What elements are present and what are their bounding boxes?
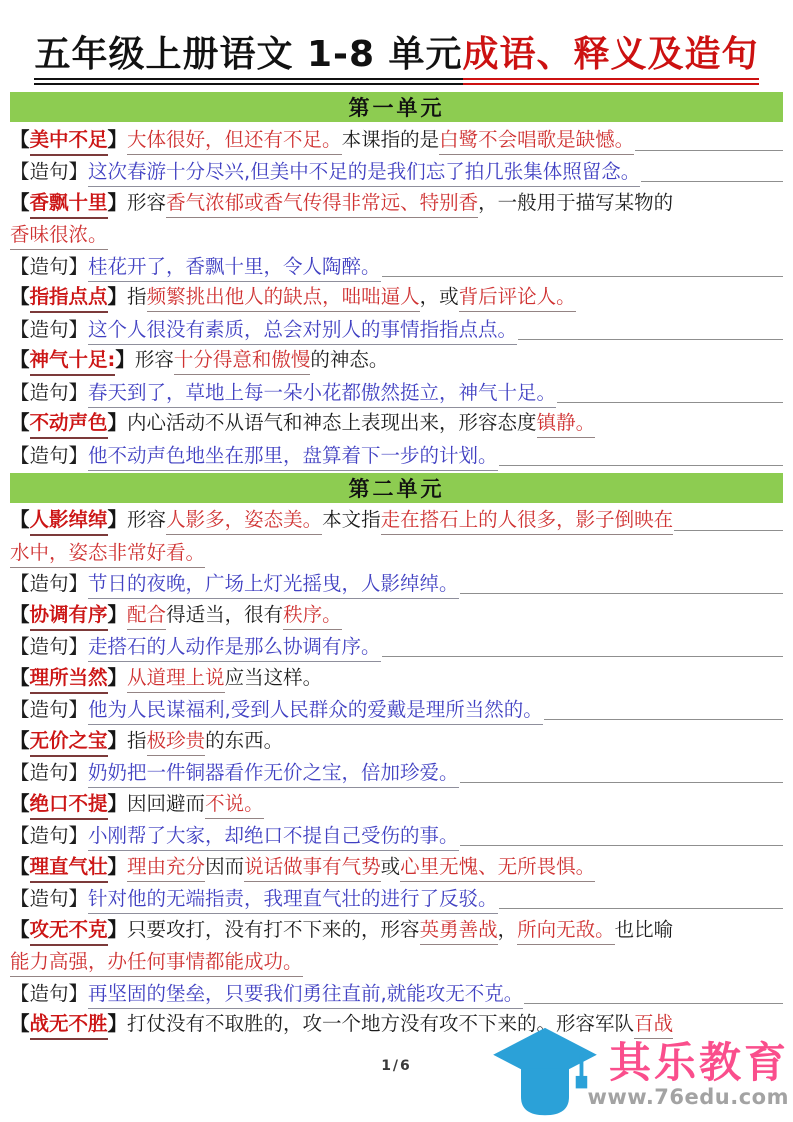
writing-rule-line	[518, 339, 783, 340]
text-segment: 【	[10, 283, 30, 311]
page-title-red-part: 成语、释义及造句	[463, 34, 759, 85]
text-segment: 秩序。	[283, 601, 342, 630]
line-text: 【造句】春天到了，草地上每一朵小花都傲然挺立，神气十足。	[10, 379, 556, 408]
line-text: 【不动声色】内心活动不从语气和神态上表现出来，形容态度镇静。	[10, 409, 595, 439]
text-segment: 的神态。	[310, 346, 388, 374]
text-segment: 办任何事情都能成功。	[108, 948, 303, 977]
text-segment: ，一般用于描写某物的	[478, 189, 673, 217]
text-segment: 走搭石的人动作是那么协调有序。	[88, 633, 381, 662]
text-segment: ，或	[420, 283, 459, 311]
text-segment: 】	[108, 409, 128, 437]
text-segment: 【造句】	[10, 633, 88, 661]
text-segment: 【造句】	[10, 885, 88, 913]
brand-text-block: 其乐教育 www.76edu.com	[587, 1041, 789, 1110]
line-text: 【造句】小刚帮了大家，却绝口不提自己受伤的事。	[10, 822, 459, 851]
text-segment: 配合	[127, 601, 166, 630]
idiom-entry-line: 【攻无不克】只要攻打，没有打不下来的，形容英勇善战，所向无敌。也比喻	[10, 914, 783, 946]
line-text: 【人影绰绰】形容人影多，姿态美。本文指走在搭石上的人很多，影子倒映在	[10, 506, 673, 536]
brand-url: www.76edu.com	[587, 1085, 789, 1110]
line-text: 【无价之宝】指极珍贵的东西。	[10, 727, 283, 757]
text-segment: 】	[108, 506, 128, 534]
text-segment: 】	[108, 189, 128, 217]
text-segment: 】	[108, 126, 128, 154]
text-segment: 能力高强，	[10, 948, 108, 977]
text-segment: 香味很浓。	[10, 221, 108, 250]
text-segment: 所向无敌。	[517, 916, 615, 945]
writing-rule-line	[460, 845, 783, 846]
text-segment: 【造句】	[10, 316, 88, 344]
text-segment: 理直气壮	[30, 853, 108, 883]
idiom-entry-line: 【香飘十里】形容香气浓郁或香气传得非常远、特别香，一般用于描写某物的	[10, 187, 783, 219]
text-segment: 【造句】	[10, 696, 88, 724]
sentence-example-line: 【造句】这次春游十分尽兴,但美中不足的是我们忘了拍几张集体照留念。	[10, 156, 783, 188]
text-segment: 战无不胜	[30, 1010, 108, 1040]
text-segment: 【造句】	[10, 759, 88, 787]
unit-banner: 第一单元	[10, 92, 783, 122]
brand-name: 其乐教育	[609, 1041, 789, 1085]
writing-rule-line	[557, 402, 783, 403]
idiom-entry-line: 能力高强，办任何事情都能成功。	[10, 946, 783, 978]
text-segment: 】	[108, 916, 128, 944]
writing-rule-line	[674, 530, 783, 531]
line-text: 【造句】走搭石的人动作是那么协调有序。	[10, 633, 381, 662]
brand-logo: 其乐教育 www.76edu.com	[489, 1026, 789, 1122]
text-segment: 】	[108, 664, 128, 692]
line-text: 【理直气壮】理由充分因而说话做事有气势或心里无愧、无所畏惧。	[10, 853, 595, 883]
idiom-entry-line: 【指指点点】指频繁挑出他人的缺点，咄咄逼人，或背后评论人。	[10, 282, 783, 314]
text-segment: 从道理上说	[127, 664, 225, 693]
idiom-entry-line: 香味很浓。	[10, 219, 783, 251]
text-segment: ，	[498, 916, 518, 944]
text-segment: 【	[10, 409, 30, 437]
text-segment: 香气浓郁或香气传得非常远、特别香	[166, 189, 478, 218]
writing-rule-line	[544, 719, 783, 720]
text-segment: 【	[10, 189, 30, 217]
sentence-example-line: 【造句】奶奶把一件铜器看作无价之宝，倍加珍爱。	[10, 757, 783, 789]
idiom-entry-line: 【人影绰绰】形容人影多，姿态美。本文指走在搭石上的人很多，影子倒映在	[10, 505, 783, 537]
text-segment: 极珍贵	[147, 727, 206, 756]
text-segment: 春天到了，草地上每一朵小花都傲然挺立，神气十足。	[88, 379, 556, 408]
text-segment: 【	[10, 126, 30, 154]
text-segment: 神气十足:	[30, 346, 116, 376]
idiom-entry-line: 【无价之宝】指极珍贵的东西。	[10, 725, 783, 757]
sentence-example-line: 【造句】再坚固的堡垒，只要我们勇往直前,就能攻无不克。	[10, 977, 783, 1009]
text-segment: 得适当，很有	[166, 601, 283, 629]
text-segment: 】	[108, 727, 128, 755]
sentence-example-line: 【造句】这个人很没有素质，总会对别人的事情指指点点。	[10, 313, 783, 345]
idiom-entry-line: 【美中不足】大体很好，但还有不足。本课指的是白鹭不会唱歌是缺憾。	[10, 124, 783, 156]
text-segment: 理所当然	[30, 664, 108, 694]
text-segment: 无价之宝	[30, 727, 108, 757]
line-text: 香味很浓。	[10, 221, 108, 250]
line-text: 能力高强，办任何事情都能成功。	[10, 948, 303, 977]
text-segment: 大体很好，但还有不足。	[127, 126, 342, 155]
text-segment: 镇静。	[537, 409, 596, 438]
text-segment: 美中不足	[30, 126, 108, 156]
text-segment: 再坚固的堡垒，只要我们勇往直前,就能攻无不克。	[88, 980, 523, 1009]
text-segment: 也比喻	[615, 916, 674, 944]
unit-banner: 第二单元	[10, 473, 783, 503]
writing-rule-line	[382, 276, 783, 277]
writing-rule-line	[499, 908, 783, 909]
text-segment: 【造句】	[10, 253, 88, 281]
line-text: 【理所当然】从道理上说应当这样。	[10, 664, 322, 694]
text-segment: 【造句】	[10, 822, 88, 850]
writing-rule-line	[499, 465, 783, 466]
text-segment: 水中，姿态非常好看。	[10, 539, 205, 568]
worksheet-page: 五年级上册语文 1-8 单元成语、释义及造句 第一单元【美中不足】大体很好，但还…	[0, 0, 793, 1122]
text-segment: 因回避而	[127, 790, 205, 818]
text-segment: 小刚帮了大家，却绝口不提自己受伤的事。	[88, 822, 459, 851]
text-segment: 指	[127, 727, 147, 755]
writing-rule-line	[641, 181, 783, 182]
text-segment: 【造句】	[10, 442, 88, 470]
text-segment: 只要攻打，没有打不下来的，形容	[127, 916, 420, 944]
text-segment: 香飘十里	[30, 189, 108, 219]
sentence-example-line: 【造句】小刚帮了大家，却绝口不提自己受伤的事。	[10, 820, 783, 852]
text-segment: 不动声色	[30, 409, 108, 439]
text-segment: 白鹭不会唱歌是缺憾。	[439, 126, 634, 155]
text-segment: 理由充分	[127, 853, 205, 882]
text-segment: 【	[10, 853, 30, 881]
text-segment: 说话做事有气势	[244, 853, 381, 882]
text-segment: 形容	[135, 346, 174, 374]
text-segment: 】	[108, 283, 128, 311]
text-segment: 英勇善战	[420, 916, 498, 945]
idiom-entry-line: 【协调有序】配合得适当，很有秩序。	[10, 599, 783, 631]
text-segment: 形容	[127, 189, 166, 217]
line-text: 【香飘十里】形容香气浓郁或香气传得非常远、特别香，一般用于描写某物的	[10, 189, 673, 219]
text-segment: 十分得意和傲慢	[174, 346, 311, 375]
text-segment: 人影绰绰	[30, 506, 108, 536]
line-text: 【造句】他为人民谋福利,受到人民群众的爱戴是理所当然的。	[10, 696, 543, 725]
text-segment: 【	[10, 506, 30, 534]
line-text: 【造句】桂花开了，香飘十里，令人陶醉。	[10, 253, 381, 282]
writing-rule-line	[635, 150, 783, 151]
text-segment: 的东西。	[205, 727, 283, 755]
text-segment: 走在搭石上的人很多，影子倒映在	[381, 506, 674, 535]
line-text: 【造句】这个人很没有素质，总会对别人的事情指指点点。	[10, 316, 517, 345]
line-text: 【造句】节日的夜晚，广场上灯光摇曳，人影绰绰。	[10, 570, 459, 599]
writing-rule-line	[524, 1003, 783, 1004]
line-text: 【造句】这次春游十分尽兴,但美中不足的是我们忘了拍几张集体照留念。	[10, 158, 640, 187]
line-text: 【协调有序】配合得适当，很有秩序。	[10, 601, 342, 631]
text-segment: 针对他的无端指责，我理直气壮的进行了反驳。	[88, 885, 498, 914]
line-text: 【造句】针对他的无端指责，我理直气壮的进行了反驳。	[10, 885, 498, 914]
sentence-example-line: 【造句】节日的夜晚，广场上灯光摇曳，人影绰绰。	[10, 568, 783, 600]
line-text: 【美中不足】大体很好，但还有不足。本课指的是白鹭不会唱歌是缺憾。	[10, 126, 634, 156]
sentence-example-line: 【造句】春天到了，草地上每一朵小花都傲然挺立，神气十足。	[10, 376, 783, 408]
page-title-black-part: 五年级上册语文 1-8 单元	[34, 34, 462, 85]
text-segment: 本课指的是	[342, 126, 440, 154]
text-segment: 他不动声色地坐在那里，盘算着下一步的计划。	[88, 442, 498, 471]
line-text: 【神气十足:】形容十分得意和傲慢的神态。	[10, 346, 388, 376]
line-text: 【指指点点】指频繁挑出他人的缺点，咄咄逼人，或背后评论人。	[10, 283, 576, 313]
text-segment: 节日的夜晚，广场上灯光摇曳，人影绰绰。	[88, 570, 459, 599]
text-segment: 这次春游十分尽兴,但美中不足的是我们忘了拍几张集体照留念。	[88, 158, 640, 187]
text-segment: 内心活动不从语气和神态上表现出来，形容态度	[127, 409, 537, 437]
idiom-entry-line: 【理直气壮】理由充分因而说话做事有气势或心里无愧、无所畏惧。	[10, 851, 783, 883]
idiom-entry-line: 【理所当然】从道理上说应当这样。	[10, 662, 783, 694]
text-segment: 】	[108, 790, 128, 818]
text-segment: 【	[10, 727, 30, 755]
text-segment: 指	[127, 283, 147, 311]
text-segment: 【	[10, 346, 30, 374]
text-segment: 【	[10, 601, 30, 629]
text-segment: 不说。	[205, 790, 264, 819]
sentence-example-line: 【造句】走搭石的人动作是那么协调有序。	[10, 631, 783, 663]
text-segment: 【造句】	[10, 158, 88, 186]
text-segment: 形容	[127, 506, 166, 534]
text-segment: 协调有序	[30, 601, 108, 631]
writing-rule-line	[460, 782, 783, 783]
text-segment: 【	[10, 916, 30, 944]
sentence-example-line: 【造句】他为人民谋福利,受到人民群众的爱戴是理所当然的。	[10, 694, 783, 726]
line-text: 【绝口不提】因回避而不说。	[10, 790, 264, 820]
text-segment: 因而	[205, 853, 244, 881]
text-segment: 】	[108, 1010, 128, 1038]
writing-rule-line	[460, 593, 783, 594]
text-segment: 本文指	[322, 506, 381, 534]
writing-rule-line	[382, 656, 783, 657]
idiom-entry-line: 【神气十足:】形容十分得意和傲慢的神态。	[10, 345, 783, 377]
text-segment: 】	[108, 853, 128, 881]
text-segment: 绝口不提	[30, 790, 108, 820]
text-segment: 这个人很没有素质，总会对别人的事情指指点点。	[88, 316, 517, 345]
sentence-example-line: 【造句】他不动声色地坐在那里，盘算着下一步的计划。	[10, 439, 783, 471]
text-segment: 】	[115, 346, 135, 374]
text-segment: 心里无愧、无所畏惧。	[400, 853, 595, 882]
text-segment: 奶奶把一件铜器看作无价之宝，倍加珍爱。	[88, 759, 459, 788]
idiom-entry-line: 【绝口不提】因回避而不说。	[10, 788, 783, 820]
text-segment: 桂花开了，香飘十里，令人陶醉。	[88, 253, 381, 282]
text-segment: 【造句】	[10, 570, 88, 598]
text-segment: 应当这样。	[225, 664, 323, 692]
line-text: 【攻无不克】只要攻打，没有打不下来的，形容英勇善战，所向无敌。也比喻	[10, 916, 673, 946]
text-segment: 【造句】	[10, 379, 88, 407]
text-segment: 频繁挑出他人的缺点，咄咄逼人	[147, 283, 420, 312]
text-segment: 指指点点	[30, 283, 108, 313]
page-title: 五年级上册语文 1-8 单元成语、释义及造句	[0, 0, 793, 85]
sentence-example-line: 【造句】桂花开了，香飘十里，令人陶醉。	[10, 250, 783, 282]
idiom-list: 第一单元【美中不足】大体很好，但还有不足。本课指的是白鹭不会唱歌是缺憾。【造句】…	[10, 92, 783, 1040]
text-segment: 他为人民谋福利,受到人民群众的爱戴是理所当然的。	[88, 696, 543, 725]
text-segment: 【造句】	[10, 980, 88, 1008]
text-segment: 攻无不克	[30, 916, 108, 946]
sentence-example-line: 【造句】针对他的无端指责，我理直气壮的进行了反驳。	[10, 883, 783, 915]
idiom-entry-line: 【不动声色】内心活动不从语气和神态上表现出来，形容态度镇静。	[10, 408, 783, 440]
idiom-entry-line: 水中，姿态非常好看。	[10, 536, 783, 568]
text-segment: 背后评论人。	[459, 283, 576, 312]
graduation-cap-icon	[489, 1026, 601, 1122]
text-segment: 【	[10, 664, 30, 692]
text-segment: 人影多，姿态美。	[166, 506, 322, 535]
text-segment: 【	[10, 1010, 30, 1038]
text-segment: 【	[10, 790, 30, 818]
line-text: 【造句】奶奶把一件铜器看作无价之宝，倍加珍爱。	[10, 759, 459, 788]
text-segment: 或	[381, 853, 401, 881]
line-text: 水中，姿态非常好看。	[10, 539, 205, 568]
line-text: 【造句】再坚固的堡垒，只要我们勇往直前,就能攻无不克。	[10, 980, 523, 1009]
line-text: 【造句】他不动声色地坐在那里，盘算着下一步的计划。	[10, 442, 498, 471]
text-segment: 】	[108, 601, 128, 629]
